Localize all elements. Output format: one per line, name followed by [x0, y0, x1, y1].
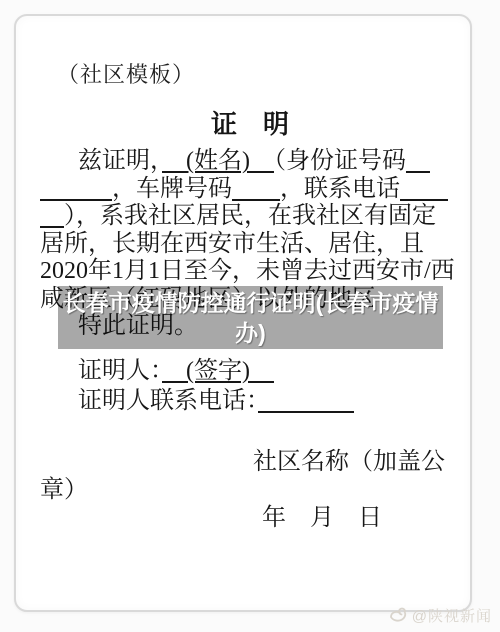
- blank-underline: [40, 203, 64, 229]
- body-text: ），系我社区居民，在我社区有固定: [64, 203, 436, 229]
- body-line: 居所，长期在西安市生活、居住，且: [40, 231, 460, 259]
- body-text: ，联系电话: [280, 176, 400, 202]
- photo-page: （社区模板） 证 明 兹证明， (姓名) （身份证号码 ，车牌号码 ，联系电话 …: [0, 0, 500, 632]
- body-line: 2020年1月1日至今，未曾去过西安市/西: [40, 258, 460, 286]
- headline-overlay: 长春市疫情防控通行证明(长春市疫情办): [58, 286, 443, 349]
- body-text: ，车牌号码: [112, 176, 232, 202]
- signer-phone-blank: [258, 388, 354, 414]
- signer-phone-label: 证明人联系电话：: [78, 388, 258, 414]
- watermark-text: @陕视新闻: [412, 605, 492, 626]
- signer-label: 证明人：: [78, 358, 162, 384]
- phone-blank: [400, 176, 448, 202]
- body-text: （身份证号码: [274, 148, 406, 174]
- body-line: 兹证明， (姓名) （身份证号码: [40, 148, 460, 176]
- weibo-watermark-icon: [389, 607, 409, 625]
- body-text: 兹证明，: [78, 148, 162, 174]
- body-line: ），系我社区居民，在我社区有固定: [40, 203, 460, 231]
- blank-underline: [40, 176, 112, 202]
- date-line: 年 月 日: [40, 504, 460, 532]
- document-title: 证 明: [0, 104, 500, 141]
- watermark: @陕视新闻: [389, 605, 492, 626]
- signature-section: 证明人： (签字) 证明人联系电话：: [40, 356, 460, 416]
- template-label: （社区模板）: [57, 58, 195, 89]
- blank-underline: [406, 148, 430, 174]
- name-blank: (姓名): [162, 148, 274, 174]
- signature-blank: (签字): [162, 358, 274, 384]
- signer-phone-line: 证明人联系电话：: [40, 386, 460, 416]
- signer-line: 证明人： (签字): [40, 356, 460, 386]
- plate-blank: [232, 176, 280, 202]
- headline-overlay-title: 长春市疫情防控通行证明(长春市疫情办): [58, 286, 443, 349]
- body-line: ，车牌号码 ，联系电话: [40, 176, 460, 204]
- seal-line: 社区名称（加盖公章）: [40, 448, 460, 504]
